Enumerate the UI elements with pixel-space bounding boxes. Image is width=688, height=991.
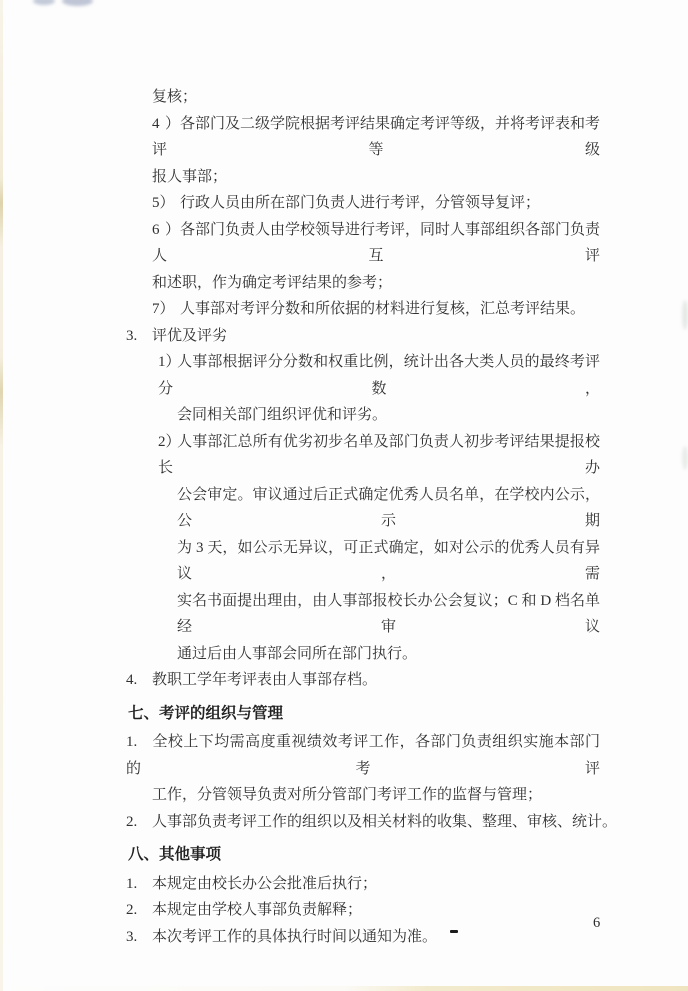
list-marker: 3. [126, 323, 152, 350]
text-line: 为 3 天，如公示无异议，可正式确定，如对公示的优秀人员有异议，需 [126, 535, 600, 588]
line-text: 和述职，作为确定考评结果的参考； [152, 275, 392, 291]
scan-smudge-right-2 [682, 446, 688, 470]
scan-smudge-right-1 [682, 300, 688, 330]
line-text: 评优及评劣 [152, 328, 227, 344]
line-text: 人事部汇总所有优劣初步名单及部门负责人初步考评结果提报校长办 [158, 434, 600, 477]
line-text: 公会审定。审议通过后正式确定优秀人员名单，在学校内公示，公示期 [177, 487, 600, 530]
line-text: 为 3 天，如公示无异议，可正式确定，如对公示的优秀人员有异议，需 [177, 540, 600, 583]
text-line: 复核； [126, 84, 600, 111]
text-line: 4.教职工学年考评表由人事部存档。 [126, 667, 600, 694]
list-marker: 1. [126, 871, 152, 898]
text-line: 6）各部门负责人由学校领导进行考评，同时人事部组织各部门负责人互评 [126, 217, 600, 270]
line-text: 七、考评的组织与管理 [128, 705, 283, 722]
text-line: 1.全校上下均需高度重视绩效考评工作，各部门负责组织实施本部门的考评 [126, 729, 600, 782]
line-text: 人事部负责考评工作的组织以及相关材料的收集、整理、审核、统计。 [152, 814, 617, 830]
list-marker: 5） [152, 190, 180, 217]
scan-smudge-top-left-1 [33, 0, 55, 5]
line-text: 报人事部； [152, 169, 227, 185]
line-text: 教职工学年考评表由人事部存档。 [152, 672, 377, 688]
line-text: 各部门负责人由学校领导进行考评，同时人事部组织各部门负责人互评 [152, 222, 600, 265]
list-marker: 1） [158, 349, 177, 376]
section-heading: 七、考评的组织与管理 [126, 701, 600, 728]
text-line: 3.本次考评工作的具体执行时间以通知为准。 [126, 924, 600, 951]
line-text: 本次考评工作的具体执行时间以通知为准。 [152, 929, 437, 945]
text-line: 4）各部门及二级学院根据考评结果确定考评等级，并将考评表和考评等级 [126, 111, 600, 164]
text-line: 公会审定。审议通过后正式确定优秀人员名单，在学校内公示，公示期 [126, 482, 600, 535]
list-marker: 2） [158, 429, 177, 456]
line-text: 行政人员由所在部门负责人进行考评，分管领导复评； [180, 195, 540, 211]
text-line: 1.本规定由校长办公会批准后执行； [126, 871, 600, 898]
list-marker: 2. [126, 897, 152, 924]
line-text: 人事部根据评分分数和权重比例，统计出各大类人员的最终考评分数， [158, 354, 600, 397]
scan-edge-bottom-artifact [0, 986, 688, 991]
line-text: 实名书面提出理由，由人事部报校长办公会复议；C 和 D 档名单经审议 [177, 593, 600, 636]
text-line: 2.本规定由学校人事部负责解释； [126, 897, 600, 924]
line-text: 本规定由学校人事部负责解释； [152, 902, 362, 918]
list-marker: 2. [126, 809, 152, 836]
line-text: 全校上下均需高度重视绩效考评工作，各部门负责组织实施本部门的考评 [126, 734, 600, 777]
list-marker: 4. [126, 667, 152, 694]
list-marker: 7） [152, 296, 180, 323]
text-line: 2）人事部汇总所有优劣初步名单及部门负责人初步考评结果提报校长办 [126, 429, 600, 482]
line-text: 会同相关部门组织评优和评劣。 [177, 407, 387, 423]
text-line: 5）行政人员由所在部门负责人进行考评，分管领导复评； [126, 190, 600, 217]
line-text: 通过后由人事部会同所在部门执行。 [177, 646, 417, 662]
line-text: 工作，分管领导负责对所分管部门考评工作的监督与管理； [152, 787, 542, 803]
text-line: 和述职，作为确定考评结果的参考； [126, 270, 600, 297]
list-marker: 3. [126, 924, 152, 951]
list-marker: 4） [152, 111, 180, 138]
document-body: 复核；4）各部门及二级学院根据考评结果确定考评等级，并将考评表和考评等级报人事部… [126, 84, 600, 950]
scan-edge-left-artifact [0, 0, 3, 991]
line-text: 复核； [152, 89, 197, 105]
text-line: 实名书面提出理由，由人事部报校长办公会复议；C 和 D 档名单经审议 [126, 588, 600, 641]
text-line: 7）人事部对考评分数和所依据的材料进行复核，汇总考评结果。 [126, 296, 600, 323]
text-line: 3.评优及评劣 [126, 323, 600, 350]
text-line: 报人事部； [126, 164, 600, 191]
text-line: 2.人事部负责考评工作的组织以及相关材料的收集、整理、审核、统计。 [126, 809, 600, 836]
line-text: 本规定由校长办公会批准后执行； [152, 876, 377, 892]
list-marker: 1. [126, 729, 152, 756]
section-heading: 八、其他事项 [126, 842, 600, 869]
line-text: 人事部对考评分数和所依据的材料进行复核，汇总考评结果。 [180, 301, 585, 317]
page-number: 6 [593, 914, 600, 932]
list-marker: 6） [152, 217, 180, 244]
text-line: 工作，分管领导负责对所分管部门考评工作的监督与管理； [126, 782, 600, 809]
document-page: 复核；4）各部门及二级学院根据考评结果确定考评等级，并将考评表和考评等级报人事部… [0, 0, 688, 991]
text-line: 会同相关部门组织评优和评劣。 [126, 402, 600, 429]
line-text: 八、其他事项 [128, 846, 221, 863]
text-line: 1）人事部根据评分分数和权重比例，统计出各大类人员的最终考评分数， [126, 349, 600, 402]
scan-smudge-top-left-2 [62, 0, 93, 6]
text-line: 通过后由人事部会同所在部门执行。 [126, 641, 600, 668]
line-text: 各部门及二级学院根据考评结果确定考评等级，并将考评表和考评等级 [152, 116, 600, 159]
